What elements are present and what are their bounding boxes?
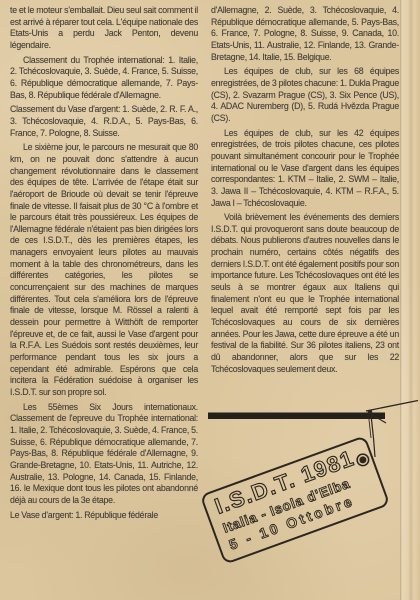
paragraph: Les équipes de club, sur les 42 équipes …	[211, 128, 399, 210]
paragraph: Le Vase d'argent: 1. République fédérale	[10, 510, 198, 522]
paragraph: Les équipes de club, sur les 68 équipes …	[211, 66, 399, 124]
paragraph: d'Allemagne, 2. Suède, 3. Tchécoslovaqui…	[211, 5, 399, 63]
paragraph: Les 55èmes Six Jours internationaux. Cla…	[10, 402, 198, 507]
paragraph: te et le moteur s'emballait. Dieu seul s…	[10, 5, 198, 52]
text-column-left: te et le moteur s'emballait. Dieu seul s…	[10, 5, 198, 524]
magazine-page: te et le moteur s'emballait. Dieu seul s…	[0, 0, 420, 600]
paragraph: Voilà brièvement les événements des dern…	[211, 212, 399, 375]
paragraph: Le sixième jour, le parcours ne mesurait…	[10, 142, 198, 398]
text-column-right: d'Allemagne, 2. Suède, 3. Tchécoslovaqui…	[211, 5, 399, 524]
paragraph: Classement du Vase d'argent: 1. Suède, 2…	[10, 104, 198, 139]
page-edge	[400, 0, 420, 600]
paragraph: Classement du Trophée international: 1. …	[10, 55, 198, 102]
